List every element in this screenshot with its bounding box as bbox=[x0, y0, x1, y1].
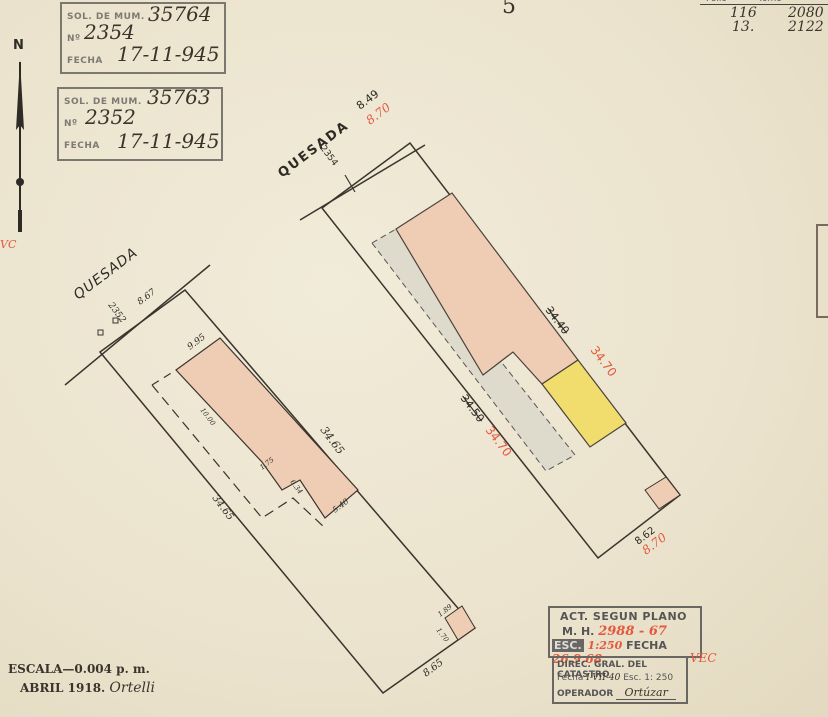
esc-value: 1:250 bbox=[588, 639, 623, 652]
stamp-label: Nº bbox=[64, 119, 78, 129]
north-arrow-icon bbox=[16, 60, 24, 232]
stamp-number-top: 35764 bbox=[148, 2, 212, 26]
operador-value: Ortúzar bbox=[616, 686, 675, 700]
page-number: 5 bbox=[502, 0, 516, 19]
register-header-folio: Folio bbox=[706, 0, 727, 4]
margin-mark: VC bbox=[0, 238, 16, 251]
stamp-date: 17-11-945 bbox=[117, 129, 220, 153]
signature: Ortelli bbox=[109, 680, 155, 696]
right-edge-frame bbox=[816, 224, 828, 318]
date-text: ABRIL 1918. bbox=[20, 681, 105, 695]
lot-left-frontage: 8.67 bbox=[136, 287, 158, 307]
register-folio-2: 13. bbox=[732, 19, 754, 35]
side-note: VEC bbox=[690, 651, 717, 665]
stamp-date: 17-11-945 bbox=[117, 42, 220, 66]
lot-right-side-left-black: 34.50 bbox=[458, 392, 487, 425]
street-label-upper: QUESADA bbox=[275, 118, 352, 181]
request-stamp-2: SOL. DE MUM. Nº FECHA 35763 2352 17-11-9… bbox=[57, 87, 223, 161]
lot-left-street-number: 2352 bbox=[105, 300, 128, 325]
scale-text: ESCALA—0.004 p. m. bbox=[8, 662, 155, 676]
catastro-fecha-value: I-VII-40 bbox=[586, 673, 620, 683]
lot-left-rear: 8.65 bbox=[421, 657, 445, 679]
stamp-label: FECHA bbox=[64, 141, 100, 151]
lot-left-small-box-b: 1.70 bbox=[434, 626, 450, 644]
scale-note: ESCALA—0.004 p. m. ABRIL 1918. Ortelli bbox=[8, 662, 155, 696]
lot-right-side-left-red: 34.70 bbox=[483, 423, 515, 459]
catastro-esc-label: Esc. bbox=[623, 673, 641, 683]
catastro-esc-value: 1: 250 bbox=[644, 673, 673, 683]
mh-label: M. H. bbox=[562, 625, 594, 638]
stamp-number-top: 35763 bbox=[147, 85, 211, 109]
north-label: N bbox=[13, 38, 24, 53]
stamp-number: 2352 bbox=[85, 105, 136, 129]
update-stamp: ACT. SEGUN PLANO M. H. 2988 - 67 ESC. 1:… bbox=[548, 606, 702, 658]
lot-left bbox=[65, 265, 475, 693]
register-table: Folio Tomo 116 2080 13. 2122 bbox=[700, 0, 828, 33]
lot-left-side-left: 34.65 bbox=[210, 493, 236, 522]
register-header-tomo: Tomo bbox=[758, 0, 782, 4]
stamp-number: 2354 bbox=[84, 20, 135, 44]
operador-label: OPERADOR bbox=[557, 689, 613, 699]
lot-right-side-right-red: 34.70 bbox=[588, 343, 620, 379]
catastro-stamp: DIREC. GRAL. DEL CATASTRO Fecha I-VII-40… bbox=[552, 656, 688, 704]
lot-right bbox=[300, 143, 680, 558]
request-stamp-1: SOL. DE MUM. Nº FECHA 35764 2354 17-11-9… bbox=[60, 2, 226, 74]
lot-right-street-number: 2354 bbox=[318, 144, 340, 169]
stamp-label: Nº bbox=[67, 34, 81, 44]
stamp-label: FECHA bbox=[67, 56, 103, 66]
mh-value: 2988 - 67 bbox=[598, 624, 667, 639]
catastro-fecha-label: Fecha bbox=[557, 673, 583, 683]
update-stamp-title: ACT. SEGUN PLANO bbox=[560, 610, 687, 623]
fecha-label: FECHA bbox=[626, 639, 667, 652]
register-tomo-2: 2122 bbox=[788, 19, 824, 35]
esc-label: ESC. bbox=[552, 639, 584, 652]
street-label-left: QUESADA bbox=[71, 245, 141, 303]
cadastral-map: QUESADA QUESADA 8.49 8.70 2354 34.40 34.… bbox=[0, 0, 828, 717]
